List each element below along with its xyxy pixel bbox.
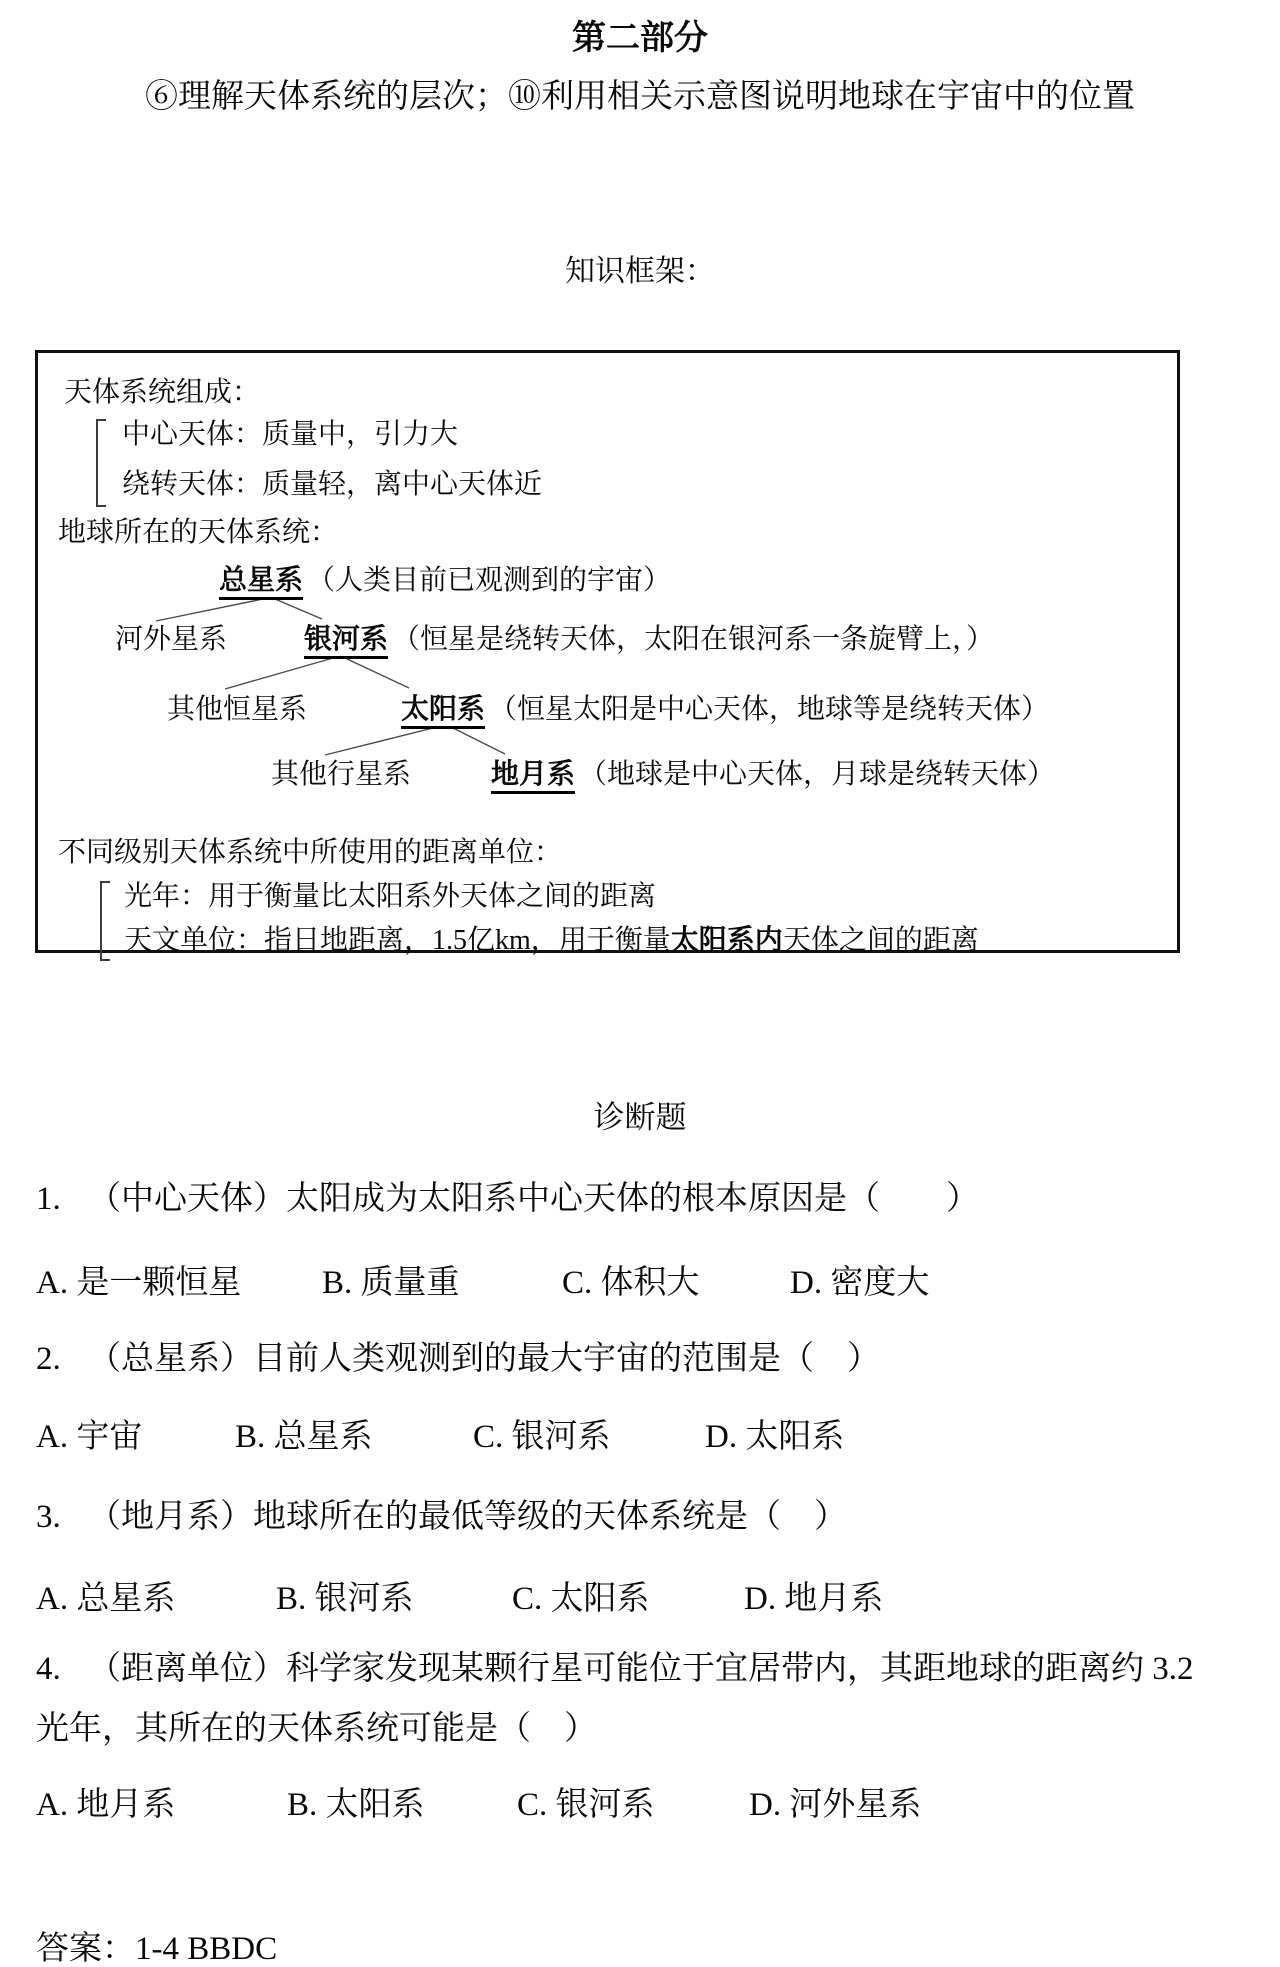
option-c: C. 体积大 (562, 1256, 790, 1303)
tree-node-row: 地月系（地球是中心天体，月球是绕转天体） (491, 757, 1055, 792)
tree-node-desc: （恒星是绕转天体，太阳在银河系一条旋臂上，） (392, 624, 994, 655)
answer-key: 答案：1-4 BBDC (36, 1922, 277, 1967)
question-number: 3. (36, 1499, 88, 1536)
worksheet-page: 第二部分 ⑥理解天体系统的层次；⑩利用相关示意图说明地球在宇宙中的位置 知识框架… (0, 0, 1280, 1967)
tree-node-row: 太阳系（恒星太阳是中心天体，地球等是绕转天体） (401, 692, 1049, 727)
tree-sibling-label: 河外星系 (115, 622, 227, 657)
question-stem: 1.（中心天体）太阳成为太阳系中心天体的根本原因是（ ） (36, 1172, 1261, 1219)
units-item: 光年：用于衡量比太阳系外天体之间的距离 (124, 879, 656, 914)
option-b: B. 质量重 (322, 1256, 562, 1303)
units-item-text: 天文单位：指日地距离，1.5亿km，用于衡量 (124, 925, 671, 956)
composition-item: 中心天体：质量中，引力大 (122, 417, 458, 452)
tree-sibling-label: 其他行星系 (271, 757, 411, 792)
option-c: C. 银河系 (517, 1778, 749, 1825)
hierarchy-title: 地球所在的天体系统： (58, 515, 338, 550)
tree-sibling-label: 其他恒星系 (167, 692, 307, 727)
tree-node-desc: （恒星太阳是中心天体，地球等是绕转天体） (489, 694, 1049, 725)
composition-item: 绕转天体：质量轻，离中心天体近 (122, 467, 542, 502)
question-text: （地月系）地球所在的最低等级的天体系统是（ ） (88, 1499, 847, 1535)
quiz-heading: 诊断题 (0, 1092, 1280, 1137)
question-options: A. 地月系B. 太阳系C. 银河系D. 河外星系 (36, 1778, 1261, 1825)
option-b: B. 银河系 (276, 1572, 512, 1619)
tree-node-desc: （地球是中心天体，月球是绕转天体） (579, 759, 1055, 790)
option-d: D. 河外星系 (749, 1778, 921, 1825)
question-stem: 4.（距离单位）科学家发现某颗行星可能位于宜居带内，其距地球的距离约 3.2 (36, 1642, 1261, 1689)
option-d: D. 密度大 (790, 1256, 929, 1303)
left-bracket (96, 419, 108, 507)
option-b: B. 太阳系 (287, 1778, 517, 1825)
left-bracket (100, 881, 112, 961)
option-d: D. 地月系 (744, 1572, 883, 1619)
tree-node-row: 银河系（恒星是绕转天体，太阳在银河系一条旋臂上，） (304, 622, 994, 657)
question-text: （中心天体）太阳成为太阳系中心天体的根本原因是（ ） (88, 1181, 979, 1217)
option-a: A. 是一颗恒星 (36, 1256, 322, 1303)
units-item: 天文单位：指日地距离，1.5亿km，用于衡量太阳系内天体之间的距离 (124, 923, 979, 958)
question-text: （总星系）目前人类观测到的最大宇宙的范围是（ ） (88, 1341, 880, 1377)
option-a: A. 宇宙 (36, 1410, 235, 1457)
units-item-text: 光年：用于衡量比太阳系外天体之间的距离 (124, 881, 656, 912)
tree-node-label: 太阳系 (401, 694, 485, 729)
composition-title: 天体系统组成： (64, 375, 260, 410)
tree-node-row: 总星系（人类目前已观测到的宇宙） (219, 563, 671, 598)
option-b: B. 总星系 (235, 1410, 473, 1457)
option-d: D. 太阳系 (705, 1410, 844, 1457)
question-stem: 3.（地月系）地球所在的最低等级的天体系统是（ ） (36, 1490, 1261, 1537)
option-c: C. 银河系 (473, 1410, 705, 1457)
page-title: 第二部分 (0, 10, 1280, 59)
option-a: A. 总星系 (36, 1572, 276, 1619)
option-a: A. 地月系 (36, 1778, 287, 1825)
question-options: A. 宇宙B. 总星系C. 银河系D. 太阳系 (36, 1410, 1261, 1457)
question-options: A. 是一颗恒星B. 质量重C. 体积大D. 密度大 (36, 1256, 1261, 1303)
units-title: 不同级别天体系统中所使用的距离单位： (58, 835, 562, 870)
question-text: （距离单位）科学家发现某颗行星可能位于宜居带内，其距地球的距离约 3.2 (88, 1651, 1194, 1687)
option-c: C. 太阳系 (512, 1572, 744, 1619)
question-number: 1. (36, 1181, 88, 1218)
page-subtitle: ⑥理解天体系统的层次；⑩利用相关示意图说明地球在宇宙中的位置 (0, 70, 1280, 117)
question-number: 2. (36, 1341, 88, 1378)
tree-node-label: 地月系 (491, 759, 575, 794)
knowledge-framework-box: 天体系统组成： 中心天体：质量中，引力大 绕转天体：质量轻，离中心天体近 地球所… (35, 350, 1180, 953)
units-item-bold: 太阳系内 (671, 925, 783, 956)
tree-node-desc: （人类目前已观测到的宇宙） (307, 565, 671, 596)
question-stem: 2.（总星系）目前人类观测到的最大宇宙的范围是（ ） (36, 1332, 1261, 1379)
tree-node-label: 银河系 (304, 624, 388, 659)
question-text: 光年，其所在的天体系统可能是（ ） (36, 1711, 597, 1747)
question-stem-line2: 光年，其所在的天体系统可能是（ ） (36, 1702, 1261, 1749)
question-number: 4. (36, 1651, 88, 1688)
tree-node-label: 总星系 (219, 565, 303, 600)
question-options: A. 总星系B. 银河系C. 太阳系D. 地月系 (36, 1572, 1261, 1619)
framework-heading: 知识框架： (0, 246, 1280, 290)
units-item-text: 天体之间的距离 (783, 925, 979, 956)
